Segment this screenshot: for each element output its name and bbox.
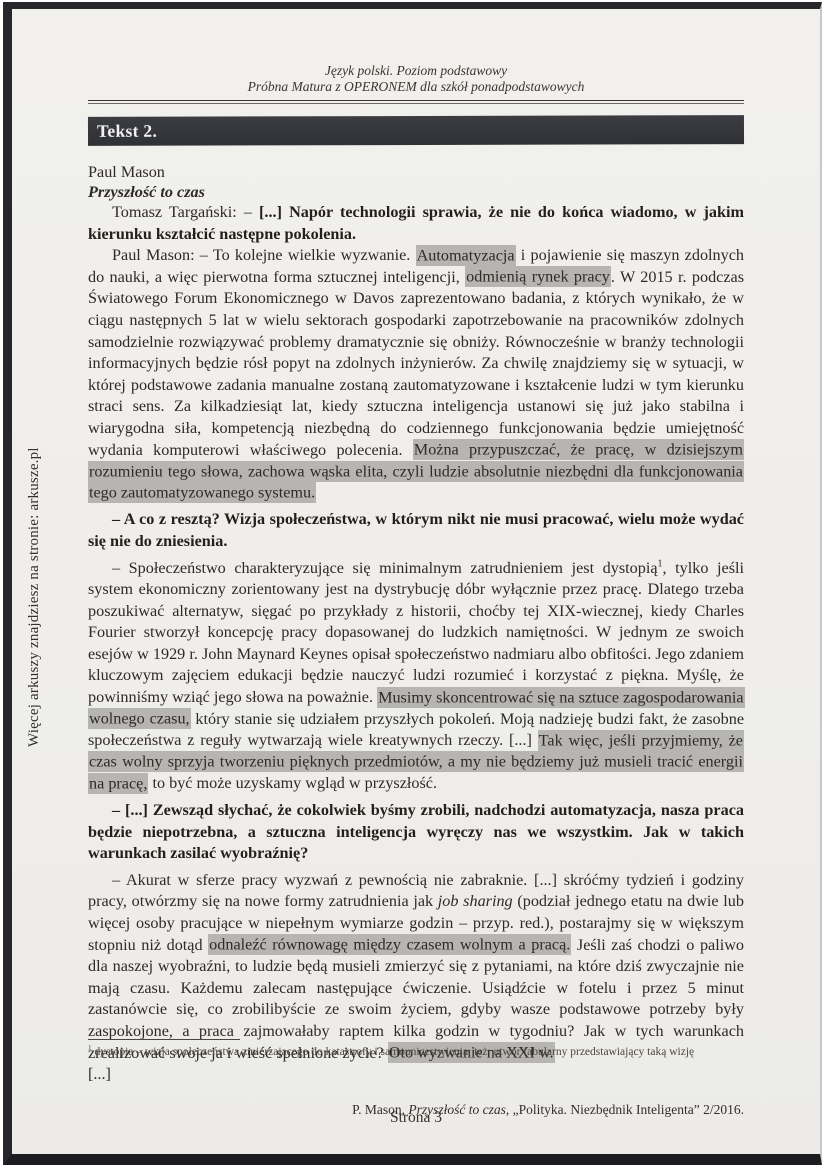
page-number: Strona 3: [12, 1109, 820, 1127]
work-title: Przyszłość to czas: [88, 182, 744, 202]
page-header: Język polski. Poziom podstawowy Próbna M…: [88, 63, 744, 95]
scanned-page: Więcej arkuszy znajdziesz na stronie: ar…: [3, 2, 822, 1165]
paragraph-answer-2: – Społeczeństwo charakteryzujące się min…: [88, 558, 744, 796]
paragraph-answer-3: – Akurat w sferze pracy wyzwań z pewnośc…: [88, 870, 744, 1064]
paragraph-ellipsis: [...]: [88, 1064, 744, 1086]
sidebar-vertical-text: Więcej arkuszy znajdziesz na stronie: ar…: [26, 387, 43, 807]
header-rule: [88, 100, 744, 104]
header-line-2: Próbna Matura z OPERONEM dla szkół ponad…: [88, 79, 744, 95]
paragraph-question-2: – A co z resztą? Wizja społeczeństwa, w …: [88, 509, 744, 552]
section-title: Tekst 2.: [97, 121, 157, 141]
section-bar: Tekst 2.: [88, 115, 744, 146]
footnote-block: 1 dystopia – wizja społeczeństwa zmierza…: [88, 1039, 740, 1060]
paragraph-answer-1: Paul Mason: – To kolejne wielkie wyzwani…: [88, 245, 744, 504]
footnote-text: 1 dystopia – wizja społeczeństwa zmierza…: [88, 1045, 740, 1060]
paragraph-question-1: Tomasz Targański: – [...] Napór technolo…: [88, 202, 744, 245]
page-content: Język polski. Poziom podstawowy Próbna M…: [88, 63, 744, 1118]
header-line-1: Język polski. Poziom podstawowy: [88, 63, 744, 79]
paragraph-question-3: – [...] Zewsząd słychać, że cokolwiek by…: [88, 800, 744, 865]
author-name: Paul Mason: [88, 162, 744, 182]
footnote-rule: [88, 1039, 240, 1040]
